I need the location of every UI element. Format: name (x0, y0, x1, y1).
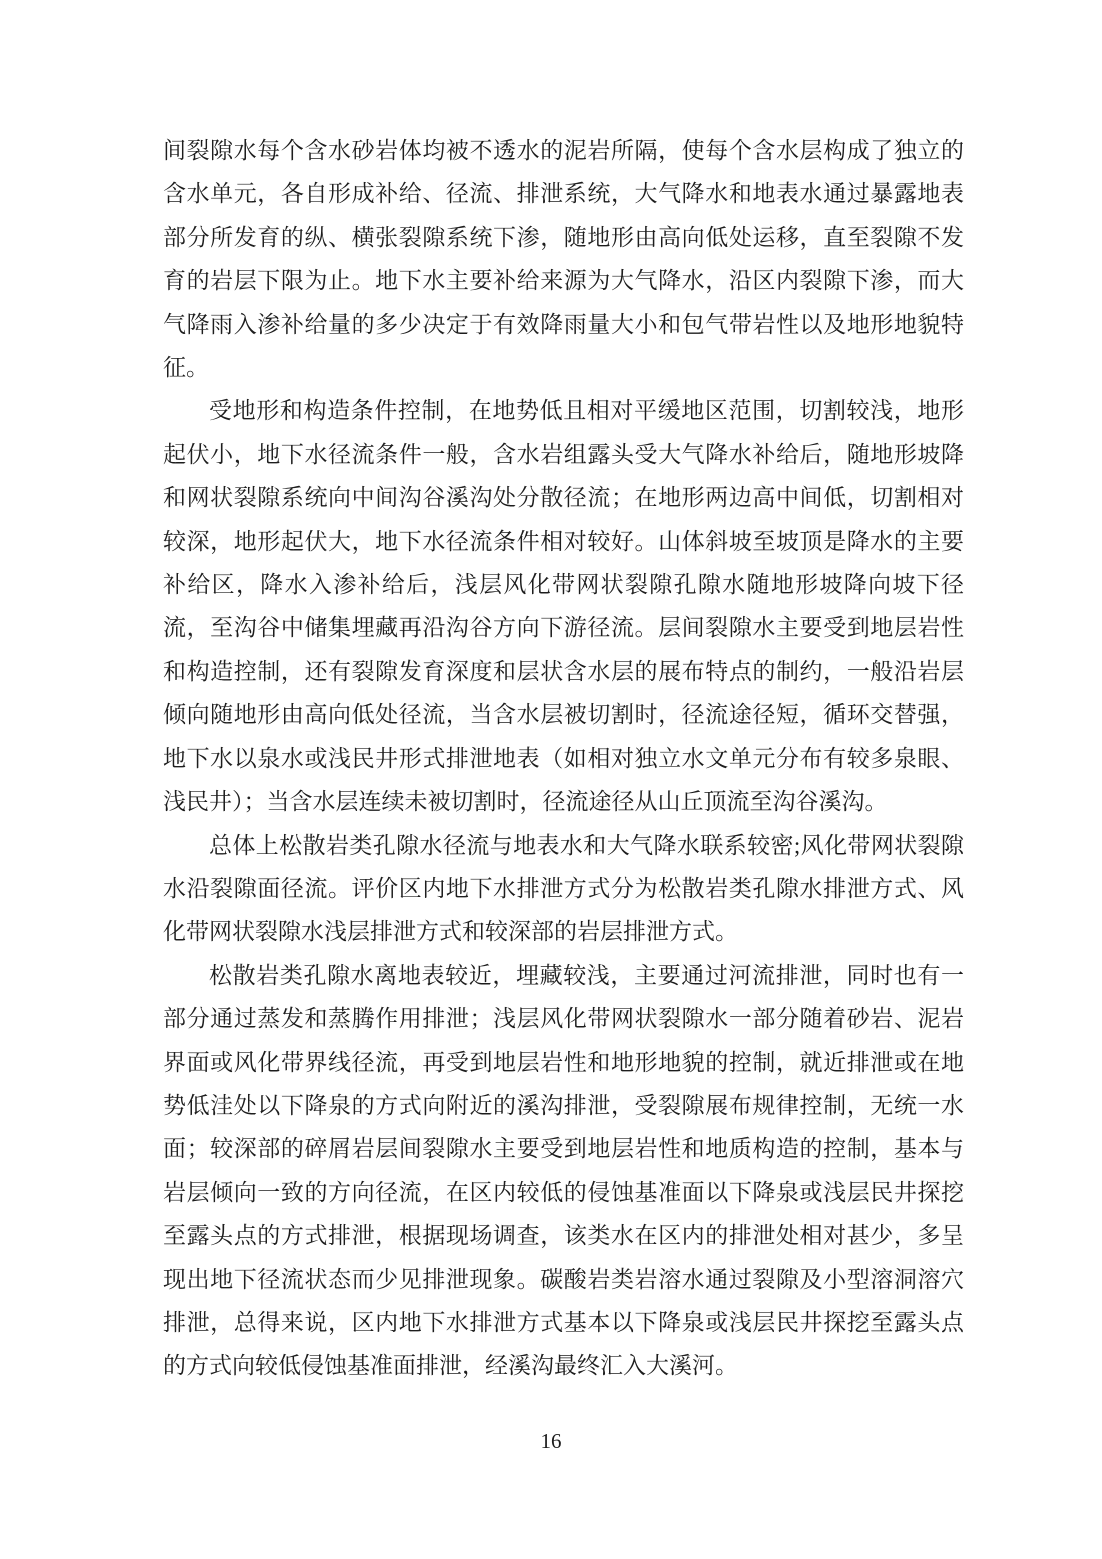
page-number: 16 (541, 1428, 562, 1454)
paragraph-interlayer-fissure-water: 间裂隙水每个含水砂岩体均被不透水的泥岩所隔，使每个含水层构成了独立的含水单元，各… (163, 129, 964, 389)
page-footer: 16 (0, 1428, 1102, 1454)
paragraph-discharge-modes-overview: 总体上松散岩类孔隙水径流与地表水和大气降水联系较密;风化带网状裂隙水沿裂隙面径流… (163, 824, 964, 954)
page-body-text: 间裂隙水每个含水砂岩体均被不透水的泥岩所隔，使每个含水层构成了独立的含水单元，各… (163, 129, 964, 1388)
paragraph-runoff-conditions: 受地形和构造条件控制，在地势低且相对平缓地区范围，切割较浅，地形起伏小，地下水径… (163, 389, 964, 823)
document-page: 间裂隙水每个含水砂岩体均被不透水的泥岩所隔，使每个含水层构成了独立的含水单元，各… (0, 0, 1102, 1559)
paragraph-discharge-modes-detail: 松散岩类孔隙水离地表较近，埋藏较浅，主要通过河流排泄，同时也有一部分通过蒸发和蒸… (163, 954, 964, 1388)
